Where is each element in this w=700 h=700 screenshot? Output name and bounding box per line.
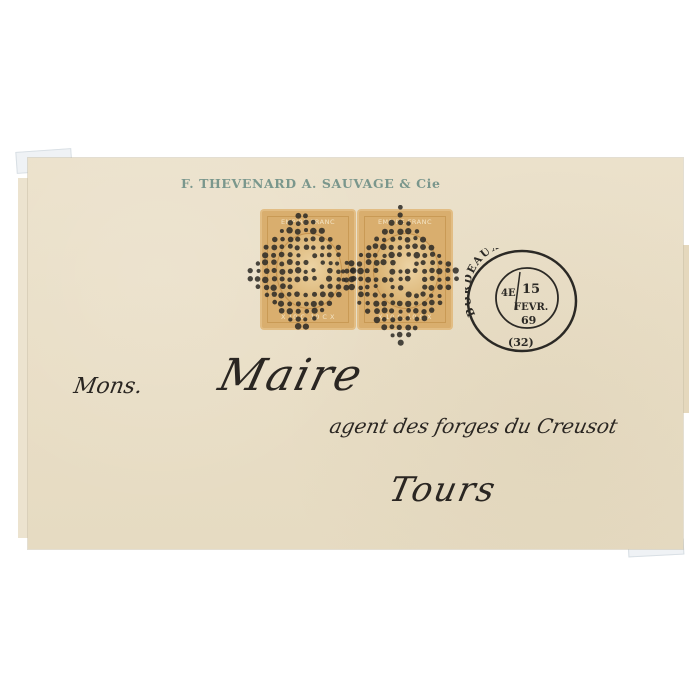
address-line2: agent des forges du Creusot bbox=[327, 414, 619, 438]
svg-text:(32): (32) bbox=[508, 336, 534, 349]
address-name: Maire bbox=[214, 350, 369, 401]
stamp-top-inscription: EMPIRE FRANC bbox=[262, 218, 354, 226]
sender-handstamp: F. THEVENARD A. SAUVAGE & Cie bbox=[181, 176, 441, 191]
address-prefix: Mons. bbox=[72, 374, 145, 399]
stamp-value: X 10 C. 10 C X bbox=[262, 313, 354, 321]
svg-text:4E: 4E bbox=[501, 288, 516, 299]
svg-text:69: 69 bbox=[521, 314, 536, 327]
napoleon-portrait-icon bbox=[373, 233, 439, 309]
bordeaux-postmark-icon: BORDEAUX 4E 15 FEVR. 69 (32) bbox=[465, 248, 579, 354]
stamp-top-inscription: EMPIRE FRANC bbox=[359, 218, 451, 226]
svg-text:FEVR.: FEVR. bbox=[514, 302, 548, 313]
address-city: Tours bbox=[386, 470, 501, 510]
napoleon-portrait-icon bbox=[276, 233, 342, 309]
svg-text:15: 15 bbox=[522, 282, 540, 297]
svg-text:BORDEAUX: BORDEAUX bbox=[465, 248, 502, 318]
stamp-right: EMPIRE FRANC X 10 C. 10 C X bbox=[359, 211, 451, 328]
stamp-value: X 10 C. 10 C X bbox=[359, 313, 451, 321]
stamp-left: EMPIRE FRANC X 10 C. 10 C X bbox=[262, 211, 354, 328]
